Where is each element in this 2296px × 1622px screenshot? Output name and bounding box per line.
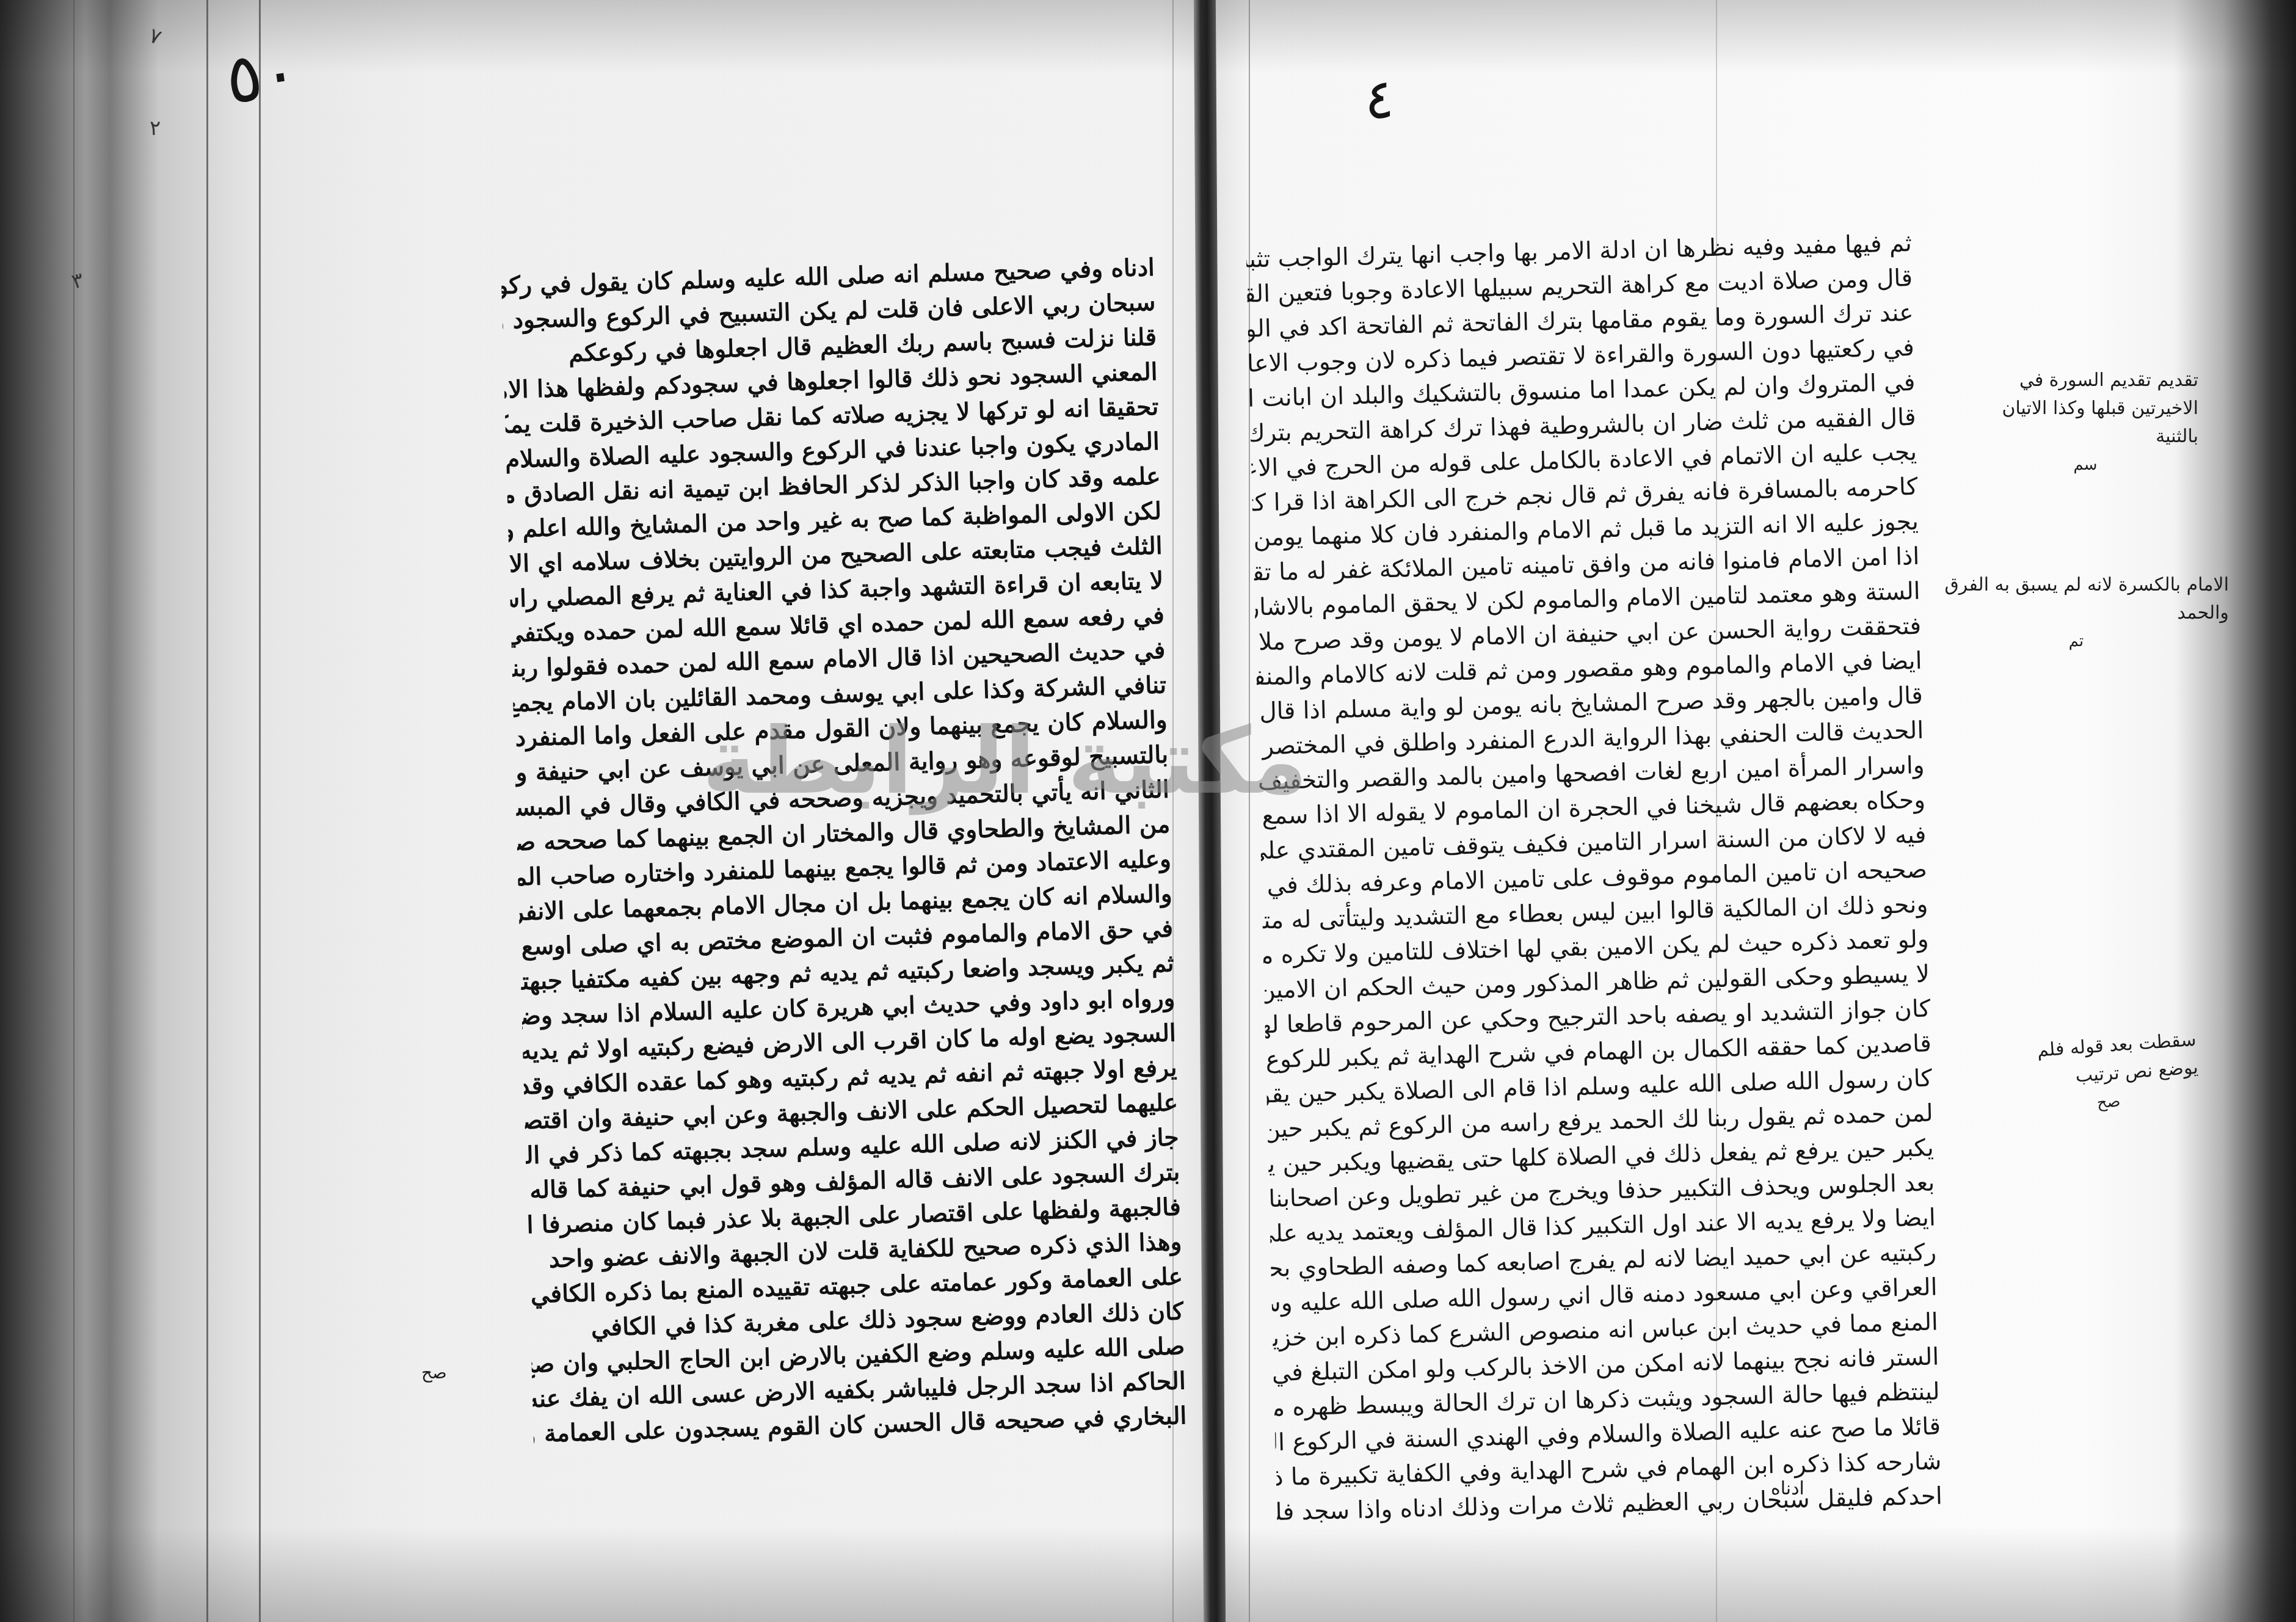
margin-note-mark: تم — [1924, 627, 2229, 655]
margin-note-mark: سم — [1972, 451, 2198, 479]
folio-number-right: ٤ — [1365, 67, 1394, 131]
frame-rule — [206, 0, 208, 1622]
margin-note-text: سقطت بعد قوله فلم يوضع نص ترتيب — [2036, 1029, 2199, 1087]
left-page-text-block: ادناه وفي صحيح مسلم انه صلى الله عليه وس… — [501, 250, 1187, 1452]
margin-note-text: الامام بالكسرة لانه لم يسبق به الفرق وال… — [1945, 574, 2229, 624]
frame-rule — [259, 0, 261, 1622]
margin-note-lower: سقطت بعد قوله فلم يوضع نص ترتيب صح — [2013, 1026, 2201, 1123]
corner-mark: ٢ — [150, 116, 161, 140]
margin-note-upper: تقديم تقديم السورة في الاخيرتين قبلها وك… — [1972, 366, 2198, 479]
margin-note-text: تقديم تقديم السورة في الاخيرتين قبلها وك… — [2002, 369, 2198, 447]
frame-rule — [73, 0, 74, 1622]
margin-note-middle: الامام بالكسرة لانه لم يسبق به الفرق وال… — [1924, 571, 2229, 655]
catchword: ادناه — [1771, 1478, 1804, 1499]
right-page-text-block: ثم فيها مفيد وفيه نظرها ان ادلة الامر به… — [1246, 226, 1942, 1530]
library-watermark: مكتبة الرابطة — [702, 708, 1308, 815]
folio-number-left: ٥٠ — [221, 32, 303, 119]
left-page-bottom-note: صح — [421, 1359, 447, 1387]
